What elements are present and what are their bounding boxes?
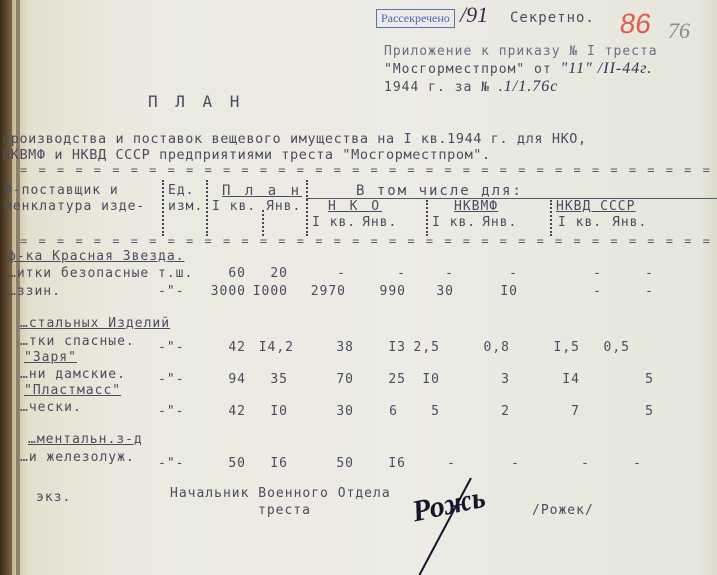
annex-line-1: Приложение к приказу № I треста (384, 44, 658, 59)
row-unit: -"- (158, 404, 184, 419)
cell-nko-q1: 30 (304, 404, 354, 419)
group-nkvmf-q1: I кв. (432, 215, 476, 230)
row-unit: -"- (158, 372, 184, 387)
annex-line-3: 1944 г. за № .1/1.76с (384, 78, 558, 96)
cell-nkvmf-q1: - (404, 266, 454, 281)
row-name: …ни дамские. (20, 367, 126, 382)
col-divider (550, 200, 552, 236)
row-name-2: "Пластмасс" (24, 383, 121, 398)
row-unit: -"- (158, 284, 184, 299)
cell-plan-q1: 42 (196, 340, 246, 355)
declassified-stamp: Рассекречено (376, 9, 455, 28)
cell-nkvd-q1: - (552, 284, 602, 299)
cell-plan-jan: I4,2 (244, 340, 294, 355)
group-nkvd: НКВД СССР (556, 199, 635, 214)
col-header-including: В том числе для: (356, 183, 523, 199)
cell-nkvd-q1: I,5 (530, 340, 580, 355)
group-nkvmf: НКВМФ (454, 199, 498, 214)
annex-number: .1/1.76с (499, 78, 559, 95)
separator-line: = = = = = = = = = = = = = = = = = = = = … (20, 163, 717, 177)
section-title: ф-ка Красная Звезда. (8, 249, 185, 264)
col-divider (306, 180, 308, 236)
cell-nko-q1: 70 (304, 372, 354, 387)
annex-number-label: 1944 г. за № (384, 80, 490, 95)
group-nko-q1: I кв. (312, 215, 356, 230)
section-title: …стальных Изделий (20, 316, 170, 331)
cell-nko-q1: 2970 (296, 284, 346, 299)
group-nko: Н К О (328, 199, 382, 214)
archive-page-number: 86 (618, 8, 654, 40)
cell-nkvmf-jan: - (468, 266, 518, 281)
row-name: …ззин. (8, 284, 61, 299)
row-name: …чески. (20, 400, 82, 415)
cell-plan-jan: I000 (238, 284, 288, 299)
cell-nko-q1: 50 (304, 456, 354, 471)
row-name: …итки безопасные (8, 266, 149, 281)
col-divider (206, 180, 208, 236)
cell-nkvmf-jan: 3 (460, 372, 510, 387)
classification-label: Секретно. (510, 10, 595, 26)
subtitle-line-2: НКВМФ и НКВД СССР предприятиями треста "… (2, 147, 491, 163)
row-name: …и железолуж. (20, 450, 135, 465)
cell-nkvd-q1: 7 (530, 404, 580, 419)
cell-nkvmf-jan: 0,8 (460, 340, 510, 355)
group-nkvd-q1: I кв. (558, 215, 602, 230)
cell-plan-jan: I6 (238, 456, 288, 471)
cell-nkvmf-q1: 30 (404, 284, 454, 299)
signer-title-2: треста (258, 503, 311, 518)
col-header-plan: П л а н (222, 183, 302, 199)
cell-nko-jan: I6 (356, 456, 406, 471)
col-header-unit-2: изм. (168, 199, 203, 214)
cell-nkvd-q1: - (552, 266, 602, 281)
row-unit: т.ш. (158, 266, 193, 281)
col-header-unit-1: Ед. (168, 183, 194, 198)
cell-nkvmf-jan: - (470, 456, 520, 471)
col-divider (262, 210, 264, 236)
old-page-number: 76 (668, 18, 690, 44)
cell-nkvd-q1: I4 (530, 372, 580, 387)
row-name-2: "Заря" (24, 350, 77, 365)
col-divider (162, 180, 164, 236)
document-title: П Л А Н (148, 92, 243, 111)
group-nkvd-jan: Янв. (612, 215, 647, 230)
annex-line-2: "Мосгорместпром" от "11" /II-44г. (384, 60, 652, 78)
cell-plan-jan: 20 (238, 266, 288, 281)
cell-nkvmf-q1: 5 (390, 404, 440, 419)
cell-nkvmf-jan: I0 (468, 284, 518, 299)
cell-nko-jan: 990 (356, 284, 406, 299)
cell-nkvmf-q1: - (406, 456, 456, 471)
cell-nko-q1: 38 (304, 340, 354, 355)
handwritten-signature: Рожь (409, 481, 488, 530)
cell-plan-jan: I0 (238, 404, 288, 419)
cell-nkvd-jan: - (604, 266, 654, 281)
cell-nkvmf-q1: 2,5 (390, 340, 440, 355)
cell-nkvd-jan: 0,5 (580, 340, 630, 355)
cell-nko-jan: - (356, 266, 406, 281)
annex-trust-name: "Мосгорместпром" от (384, 62, 552, 77)
col-header-plan-q1: I кв. (212, 199, 256, 214)
col-header-name-2: менклатура изде- (4, 199, 145, 214)
col-divider (426, 200, 428, 236)
copies-label: экз. (36, 490, 71, 505)
cell-nko-q1: - (296, 266, 346, 281)
cell-nkvmf-q1: I0 (390, 372, 440, 387)
section-title: …ментальн.з-д (28, 432, 143, 447)
subtitle-line-1: производства и поставок вещевого имущест… (2, 131, 587, 147)
group-nko-jan: Янв. (362, 215, 397, 230)
signer-title-1: Начальник Военного Отдела (170, 486, 391, 501)
col-header-plan-jan: Янв. (266, 199, 301, 214)
signer-name: /Рожек/ (532, 503, 594, 518)
cell-nkvmf-jan: 2 (460, 404, 510, 419)
cell-nkvd-jan: - (604, 284, 654, 299)
cell-nkvd-jan: 5 (604, 372, 654, 387)
cell-plan-jan: 35 (238, 372, 288, 387)
row-unit: -"- (158, 340, 184, 355)
annex-date: "11" /II-44г. (561, 60, 653, 77)
separator-line: = = = = = = = = = = = = = = = = = = = = … (20, 234, 717, 248)
group-nkvmf-jan: Янв. (482, 215, 517, 230)
cell-nkvd-q1: - (540, 456, 590, 471)
row-unit: -"- (158, 456, 184, 471)
col-header-name-1: Ф-поставщик и (4, 183, 119, 198)
stamp-handwritten-number: /91 (460, 2, 488, 28)
cell-nkvd-jan: - (592, 456, 642, 471)
cell-nkvd-jan: 5 (604, 404, 654, 419)
row-name: …тки спасные. (20, 334, 135, 349)
